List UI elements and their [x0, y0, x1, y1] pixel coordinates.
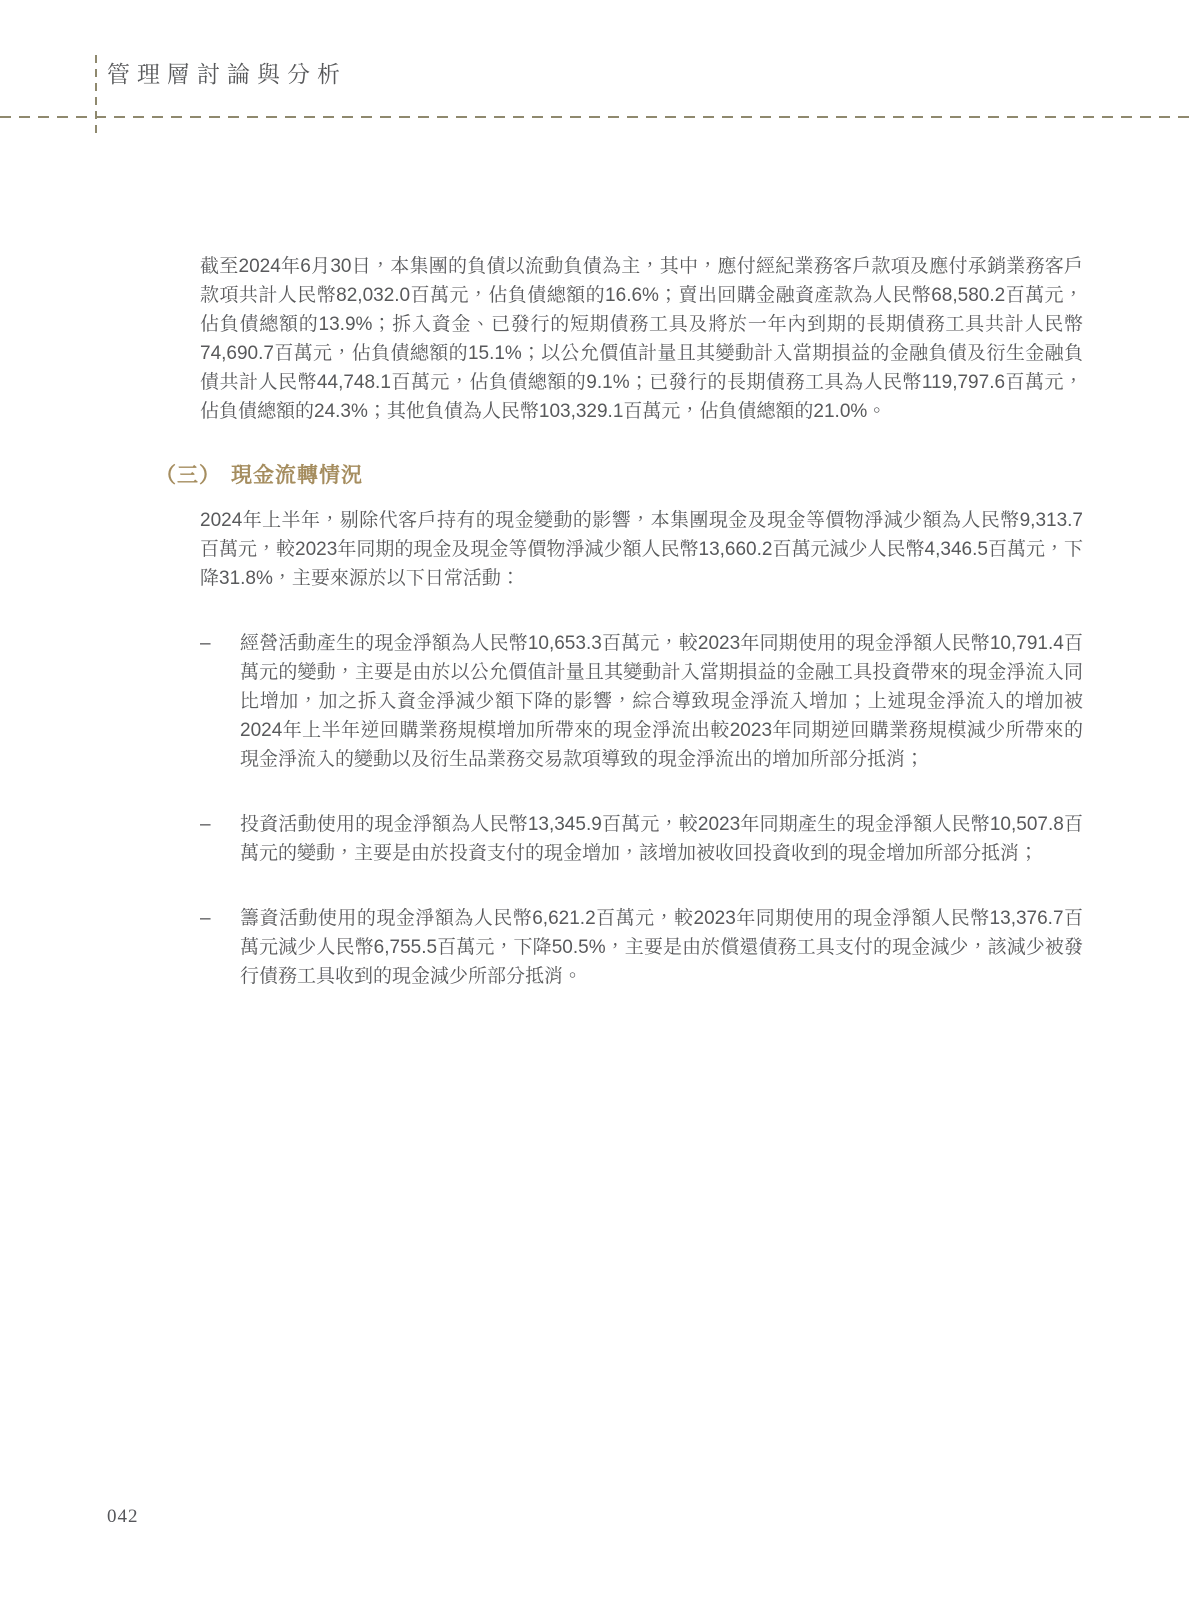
bullet-dash-marker: –: [200, 629, 240, 774]
header-vertical-dashed-line: [95, 55, 97, 138]
report-page: 管理層討論與分析 截至2024年6月30日，本集團的負債以流動負債為主，其中，應…: [0, 0, 1190, 1615]
bullet-investing-activities: – 投資活動使用的現金淨額為人民幣13,345.9百萬元，較2023年同期產生的…: [200, 810, 1083, 868]
bullet-financing-activities: – 籌資活動使用的現金淨額為人民幣6,621.2百萬元，較2023年同期使用的現…: [200, 904, 1083, 991]
bullet-operating-text: 經營活動產生的現金淨額為人民幣10,653.3百萬元，較2023年同期使用的現金…: [240, 629, 1083, 774]
main-content: 截至2024年6月30日，本集團的負債以流動負債為主，其中，應付經紀業務客戶款項…: [155, 252, 1085, 991]
section-title: 現金流轉情況: [231, 464, 363, 487]
liabilities-paragraph: 截至2024年6月30日，本集團的負債以流動負債為主，其中，應付經紀業務客戶款項…: [200, 252, 1083, 426]
header-horizontal-dashed-line: [0, 116, 1190, 118]
bullet-financing-text: 籌資活動使用的現金淨額為人民幣6,621.2百萬元，較2023年同期使用的現金淨…: [240, 904, 1083, 991]
section-heading-cash-flow: （三）現金流轉情況: [155, 459, 1085, 489]
page-number: 042: [107, 1506, 139, 1528]
bullet-dash-marker: –: [200, 810, 240, 868]
bullet-investing-text: 投資活動使用的現金淨額為人民幣13,345.9百萬元，較2023年同期產生的現金…: [240, 810, 1083, 868]
cash-flow-lead-paragraph: 2024年上半年，剔除代客戶持有的現金變動的影響，本集團現金及現金等價物淨減少額…: [200, 506, 1083, 593]
section-number: （三）: [155, 464, 221, 487]
bullet-dash-marker: –: [200, 904, 240, 991]
bullet-operating-activities: – 經營活動產生的現金淨額為人民幣10,653.3百萬元，較2023年同期使用的…: [200, 629, 1083, 774]
page-header-title: 管理層討論與分析: [107, 56, 347, 89]
